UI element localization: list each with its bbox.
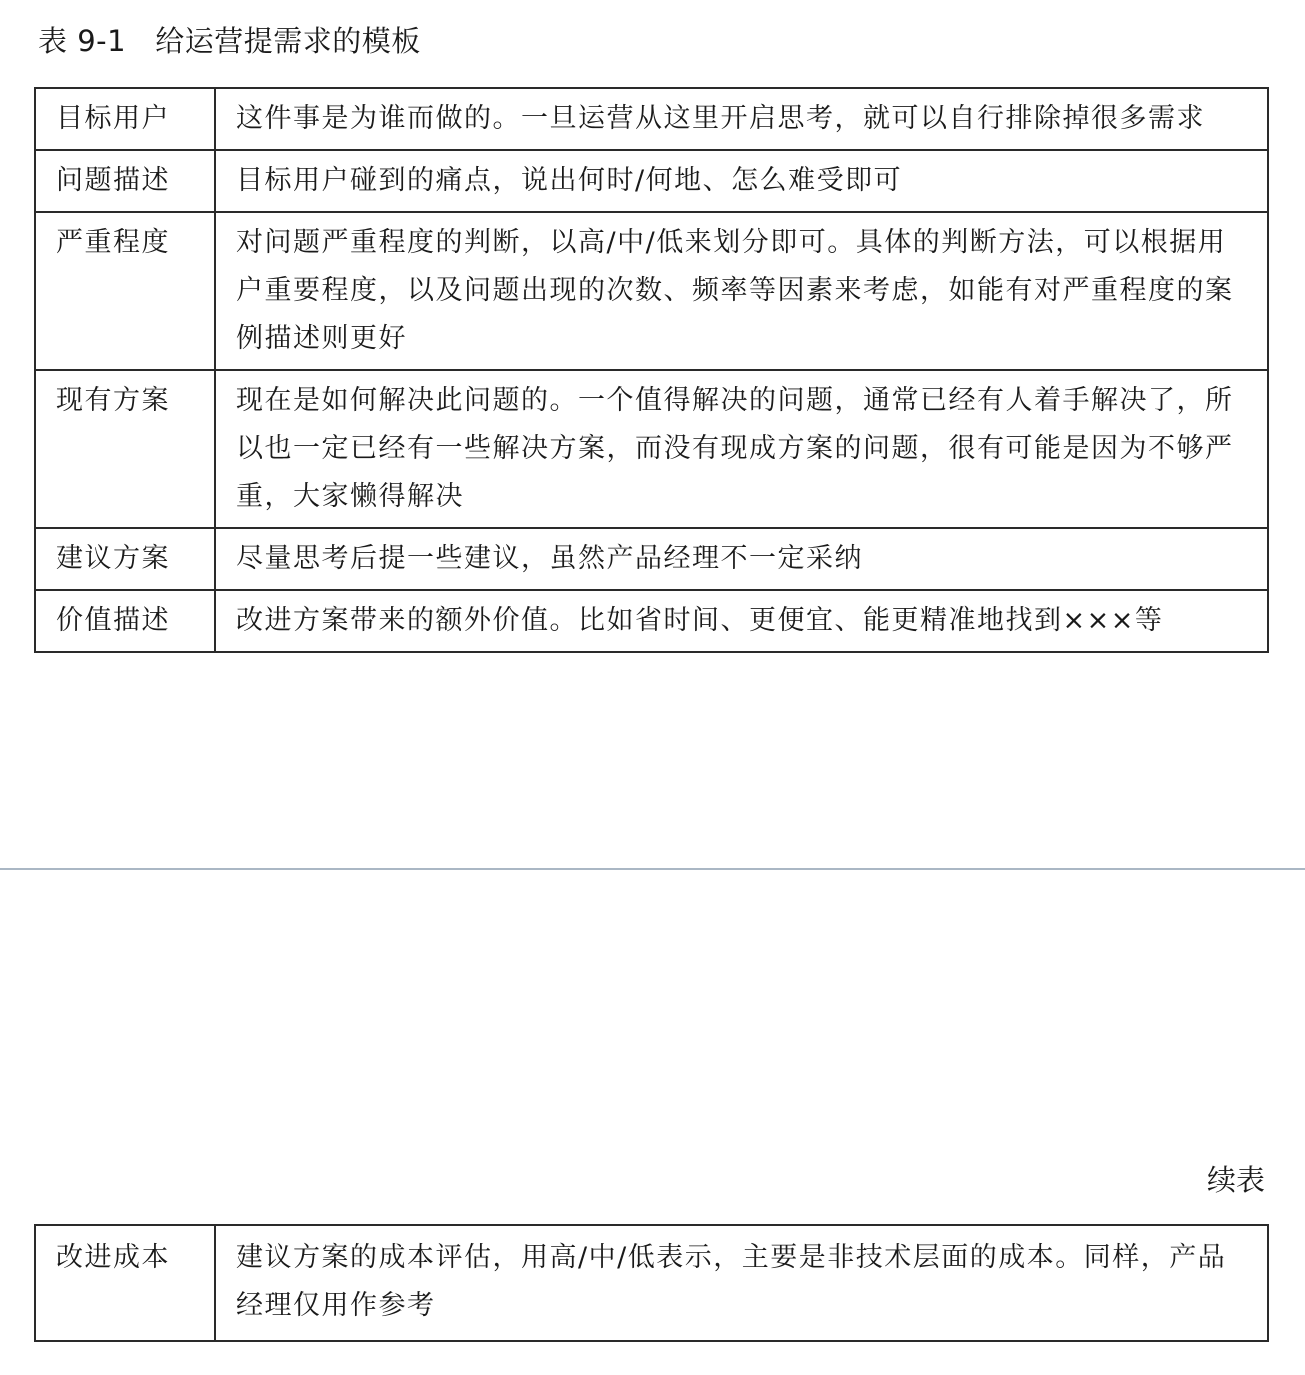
row-description: 现在是如何解决此问题的。一个值得解决的问题，通常已经有人着手解决了，所以也一定已… bbox=[215, 370, 1268, 528]
row-description: 建议方案的成本评估，用高/中/低表示，主要是非技术层面的成本。同样，产品经理仅用… bbox=[215, 1225, 1268, 1341]
table-row-suggested-solution: 建议方案 尽量思考后提一些建议，虽然产品经理不一定采纳 bbox=[35, 528, 1268, 590]
row-description: 这件事是为谁而做的。一旦运营从这里开启思考，就可以自行排除掉很多需求 bbox=[215, 88, 1268, 150]
row-label: 改进成本 bbox=[35, 1225, 215, 1341]
continued-table-label: 续表 bbox=[1207, 1160, 1265, 1200]
row-description: 改进方案带来的额外价值。比如省时间、更便宜、能更精准地找到×××等 bbox=[215, 590, 1268, 652]
row-label: 现有方案 bbox=[35, 370, 215, 528]
table-row-severity: 严重程度 对问题严重程度的判断，以高/中/低来划分即可。具体的判断方法，可以根据… bbox=[35, 212, 1268, 370]
row-label: 目标用户 bbox=[35, 88, 215, 150]
table-row-problem-description: 问题描述 目标用户碰到的痛点，说出何时/何地、怎么难受即可 bbox=[35, 150, 1268, 212]
row-label: 建议方案 bbox=[35, 528, 215, 590]
table-row-value-description: 价值描述 改进方案带来的额外价值。比如省时间、更便宜、能更精准地找到×××等 bbox=[35, 590, 1268, 652]
table-row-existing-solution: 现有方案 现在是如何解决此问题的。一个值得解决的问题，通常已经有人着手解决了，所… bbox=[35, 370, 1268, 528]
table-caption: 表 9-1 给运营提需求的模板 bbox=[38, 20, 421, 62]
row-label: 严重程度 bbox=[35, 212, 215, 370]
row-label: 价值描述 bbox=[35, 590, 215, 652]
row-description: 目标用户碰到的痛点，说出何时/何地、怎么难受即可 bbox=[215, 150, 1268, 212]
page-divider bbox=[0, 868, 1305, 870]
table-row-improvement-cost: 改进成本 建议方案的成本评估，用高/中/低表示，主要是非技术层面的成本。同样，产… bbox=[35, 1225, 1268, 1341]
row-label: 问题描述 bbox=[35, 150, 215, 212]
table-row-target-user: 目标用户 这件事是为谁而做的。一旦运营从这里开启思考，就可以自行排除掉很多需求 bbox=[35, 88, 1268, 150]
row-description: 对问题严重程度的判断，以高/中/低来划分即可。具体的判断方法，可以根据用户重要程… bbox=[215, 212, 1268, 370]
requirements-template-table: 目标用户 这件事是为谁而做的。一旦运营从这里开启思考，就可以自行排除掉很多需求 … bbox=[34, 87, 1269, 653]
row-description: 尽量思考后提一些建议，虽然产品经理不一定采纳 bbox=[215, 528, 1268, 590]
continued-table: 改进成本 建议方案的成本评估，用高/中/低表示，主要是非技术层面的成本。同样，产… bbox=[34, 1224, 1269, 1342]
